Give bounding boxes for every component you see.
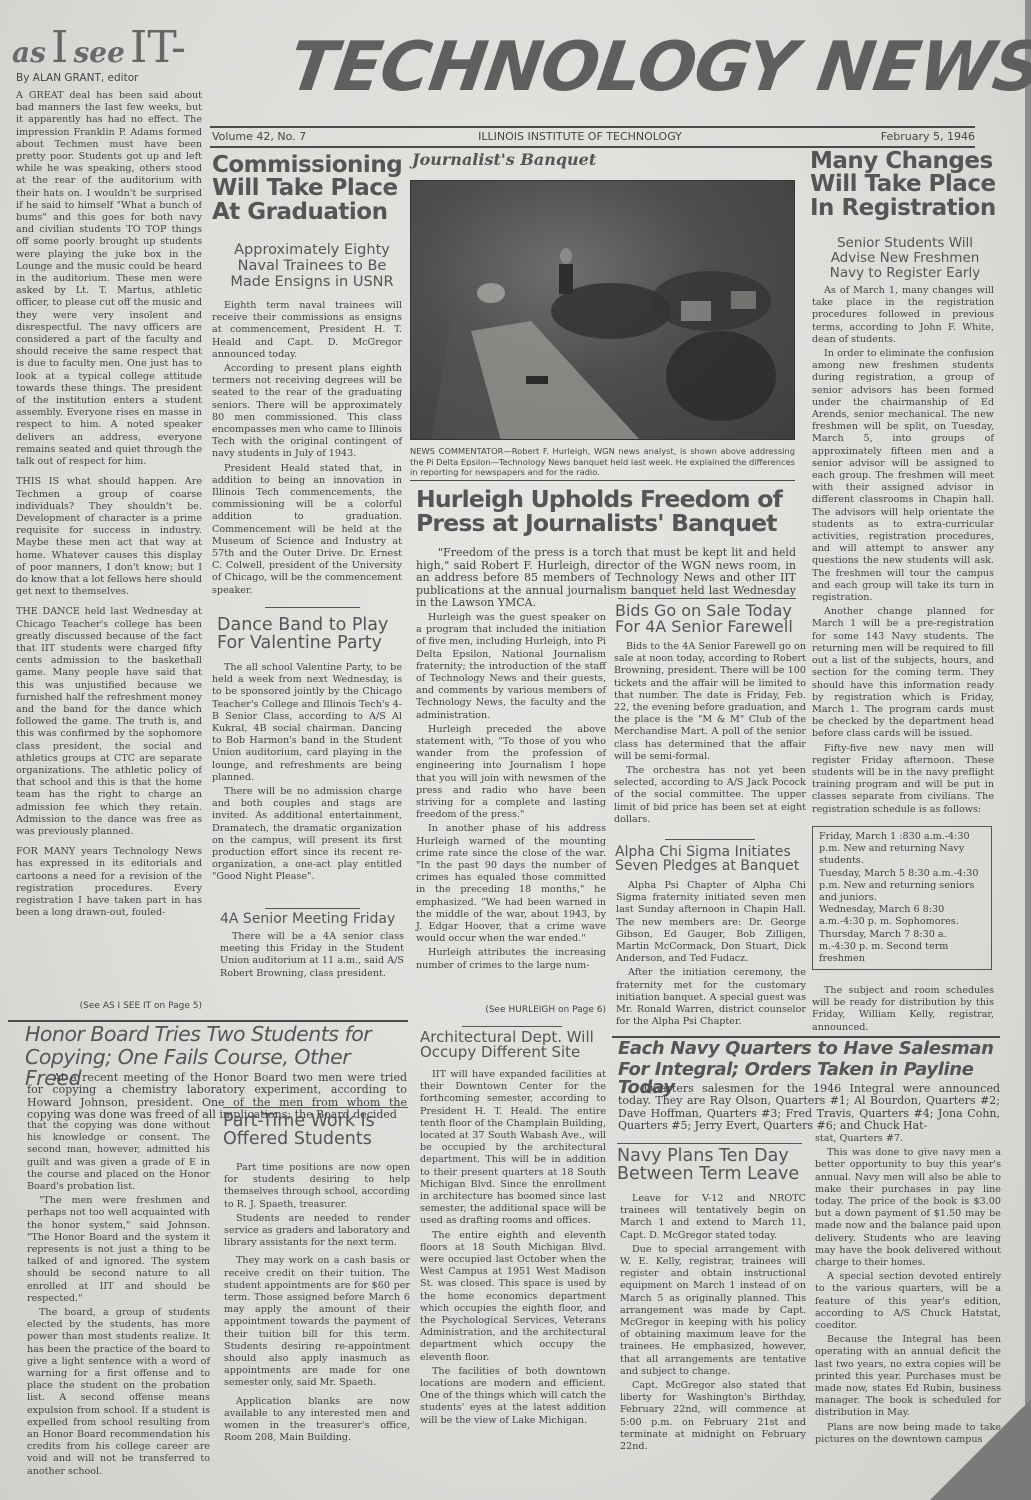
registration-schedule-box: Friday, March 1 :830 a.m.-4:30 p.m. New … bbox=[812, 826, 992, 970]
masthead-volume: Volume 42, No. 7 bbox=[212, 130, 306, 143]
navyleave-paragraph: Capt. McGregor also stated that liberty … bbox=[620, 1380, 806, 1453]
registration-paragraph: Another change planned for March 1 will … bbox=[812, 606, 994, 740]
commissioning-headline: Commissioning Will Take Place At Graduat… bbox=[212, 154, 402, 224]
bids-paragraph: Bids to the 4A Senior Farewell go on sal… bbox=[614, 641, 806, 763]
senior-meeting-body: There will be a 4A senior class meeting … bbox=[220, 931, 404, 982]
integral-lead-paragraph: Quarters salesmen for the 1946 Integral … bbox=[618, 1083, 1000, 1132]
valentine-paragraph: The all school Valentine Party, to be he… bbox=[212, 662, 402, 784]
divider bbox=[462, 1026, 562, 1027]
alpha-paragraph: Alpha Psi Chapter of Alpha Chi Sigma fra… bbox=[616, 880, 806, 965]
column-title-as: as bbox=[12, 36, 46, 69]
valentine-headline: Dance Band to Play For Valentine Party bbox=[217, 617, 407, 653]
integral-paragraph: stat, Quarters #7. bbox=[815, 1133, 1001, 1145]
divider bbox=[223, 1107, 408, 1108]
schedule-item: Wednesday, March 6 8:30 a.m.-4:30 p. m. … bbox=[819, 904, 985, 928]
schedule-item: Thursday, March 7 8:30 a. m.-4:30 p. m. … bbox=[819, 929, 985, 966]
column-title-it: IT- bbox=[130, 22, 186, 73]
caption-rule bbox=[410, 480, 795, 481]
column-body: A GREAT deal has been said about bad man… bbox=[16, 90, 202, 1010]
commissioning-subhead: Approximately Eighty Naval Trainees to B… bbox=[222, 243, 402, 291]
commissioning-paragraph: According to present plans eighth termer… bbox=[212, 363, 402, 461]
bids-paragraph: The orchestra has not yet been selected,… bbox=[614, 765, 806, 826]
column-title-i: I bbox=[51, 22, 68, 73]
divider bbox=[617, 1143, 802, 1144]
schedule-item: Tuesday, March 5 8:30 a.m.-4:30 p.m. New… bbox=[819, 868, 985, 905]
architecture-paragraph: The facilities of both downtown location… bbox=[420, 1366, 606, 1427]
honor-headline-1: Honor Board Tries Two Students for bbox=[25, 1024, 410, 1045]
hurleigh-paragraph: Hurleigh preceded the above statement wi… bbox=[416, 724, 606, 822]
column-paragraph: THE DANCE held last Wednesday at Chicago… bbox=[16, 606, 202, 838]
navyleave-body: Leave for V-12 and NROTC trainees will t… bbox=[620, 1193, 806, 1455]
hurleigh-continuation[interactable]: (See HURLEIGH on Page 6) bbox=[416, 1005, 606, 1015]
parttime-body: Part time positions are now open for stu… bbox=[224, 1162, 410, 1446]
navyleave-paragraph: Due to special arrangement with W. E. Ke… bbox=[620, 1244, 806, 1378]
honor-paragraph: that the copying was done without his kn… bbox=[27, 1120, 210, 1193]
commissioning-paragraph: Eighth term naval trainees will receive … bbox=[212, 300, 402, 361]
masthead-rule-top bbox=[210, 126, 975, 128]
valentine-body: The all school Valentine Party, to be he… bbox=[212, 662, 402, 886]
valentine-paragraph: There will be no admission charge and bo… bbox=[212, 786, 402, 884]
registration-closing-paragraph: The subject and room schedules will be r… bbox=[812, 985, 994, 1034]
hurleigh-paragraph: Hurleigh was the guest speaker on a prog… bbox=[416, 612, 606, 722]
honor-paragraph: The board, a group of students elected b… bbox=[27, 1307, 210, 1478]
photo-caption: NEWS COMMENTATOR—Robert F. Hurleigh, WGN… bbox=[410, 446, 795, 478]
page-edge bbox=[1025, 0, 1031, 1500]
divider bbox=[265, 607, 360, 608]
integral-paragraph: A special section devoted entirely to th… bbox=[815, 1271, 1001, 1332]
schedule-item: Friday, March 1 :830 a.m.-4:30 p.m. New … bbox=[819, 831, 985, 868]
alpha-headline: Alpha Chi Sigma Initiates Seven Pledges … bbox=[615, 845, 810, 874]
senior-meeting-paragraph: There will be a 4A senior class meeting … bbox=[220, 931, 404, 980]
architecture-paragraph: The entire eighth and eleventh floors at… bbox=[420, 1230, 606, 1364]
commissioning-paragraph: President Heald stated that, in addition… bbox=[212, 463, 402, 597]
column-paragraph: FOR MANY years Technology News has expre… bbox=[16, 846, 202, 919]
bids-body: Bids to the 4A Senior Farewell go on sal… bbox=[614, 641, 806, 828]
integral-lead: Quarters salesmen for the 1946 Integral … bbox=[618, 1083, 1000, 1134]
parttime-paragraph: Part time positions are now open for stu… bbox=[224, 1162, 410, 1211]
alpha-body: Alpha Psi Chapter of Alpha Chi Sigma fra… bbox=[616, 880, 806, 1030]
registration-body: As of March 1, many changes will take pl… bbox=[812, 285, 994, 818]
torn-corner bbox=[920, 1400, 1031, 1500]
column-paragraph: THIS IS what should happen. Are Techmen … bbox=[16, 476, 202, 598]
banquet-photo-graphic bbox=[411, 181, 795, 440]
registration-closing: The subject and room schedules will be r… bbox=[812, 985, 994, 1036]
honor-paragraph: "The men were freshmen and perhaps not t… bbox=[27, 1195, 210, 1305]
hurleigh-body: Hurleigh was the guest speaker on a prog… bbox=[416, 612, 606, 974]
hurleigh-paragraph: In another phase of his address Hurleigh… bbox=[416, 823, 606, 945]
newspaper-page: as I see IT- By ALAN GRANT, editor A GRE… bbox=[0, 0, 1031, 1500]
column-paragraph: A GREAT deal has been said about bad man… bbox=[16, 90, 202, 468]
senior-meeting-headline: 4A Senior Meeting Friday bbox=[220, 912, 410, 926]
commissioning-body: Eighth term naval trainees will receive … bbox=[212, 300, 402, 599]
registration-subhead: Senior Students Will Advise New Freshmen… bbox=[820, 236, 990, 281]
banquet-photo bbox=[410, 180, 795, 440]
photo-kicker: Journalist's Banquet bbox=[412, 150, 596, 169]
divider bbox=[665, 839, 755, 840]
column-title: as I see IT- bbox=[12, 22, 202, 73]
integral-headline-1: Each Navy Quarters to Have Salesman bbox=[618, 1040, 1003, 1058]
hurleigh-paragraph: Hurleigh attributes the increasing numbe… bbox=[416, 947, 606, 971]
parttime-paragraph: They may work on a cash basis or receive… bbox=[224, 1255, 410, 1389]
parttime-paragraph: Students are needed to render service as… bbox=[224, 1213, 410, 1250]
column-byline: By ALAN GRANT, editor bbox=[16, 72, 138, 84]
architecture-headline: Architectural Dept. Will Occupy Differen… bbox=[420, 1030, 610, 1061]
architecture-body: IIT will have expanded facilities at the… bbox=[420, 1069, 606, 1429]
masthead-institution: ILLINOIS INSTITUTE OF TECHNOLOGY bbox=[420, 130, 740, 143]
divider bbox=[618, 598, 796, 599]
masthead-title: TECHNOLOGY NEWS bbox=[284, 28, 995, 107]
alpha-paragraph: After the initiation ceremony, the frate… bbox=[616, 967, 806, 1028]
integral-paragraph: This was done to give navy men a better … bbox=[815, 1147, 1001, 1269]
architecture-paragraph: IIT will have expanded facilities at the… bbox=[420, 1069, 606, 1228]
column-continuation[interactable]: (See AS I SEE IT on Page 5) bbox=[16, 1001, 202, 1011]
registration-paragraph: As of March 1, many changes will take pl… bbox=[812, 285, 994, 346]
column-title-see: see bbox=[73, 36, 124, 69]
navyleave-headline: Navy Plans Ten Day Between Term Leave bbox=[617, 1148, 812, 1184]
navyleave-paragraph: Leave for V-12 and NROTC trainees will t… bbox=[620, 1193, 806, 1242]
hurleigh-headline: Hurleigh Upholds Freedom of Press at Jou… bbox=[416, 488, 801, 536]
registration-headline: Many Changes Will Take Place In Registra… bbox=[810, 150, 1000, 220]
parttime-headline: Part-Time Work Is Offered Students bbox=[223, 1113, 413, 1149]
parttime-paragraph: Application blanks are now available to … bbox=[224, 1396, 410, 1445]
masthead-date: February 5, 1946 bbox=[830, 130, 975, 143]
bids-headline: Bids Go on Sale Today For 4A Senior Fare… bbox=[615, 603, 810, 636]
registration-paragraph: In order to eliminate the confusion amon… bbox=[812, 348, 994, 604]
registration-paragraph: Fifty-five new navy men will register Fr… bbox=[812, 743, 994, 816]
honor-body: that the copying was done without his kn… bbox=[27, 1120, 210, 1480]
divider bbox=[265, 908, 360, 909]
